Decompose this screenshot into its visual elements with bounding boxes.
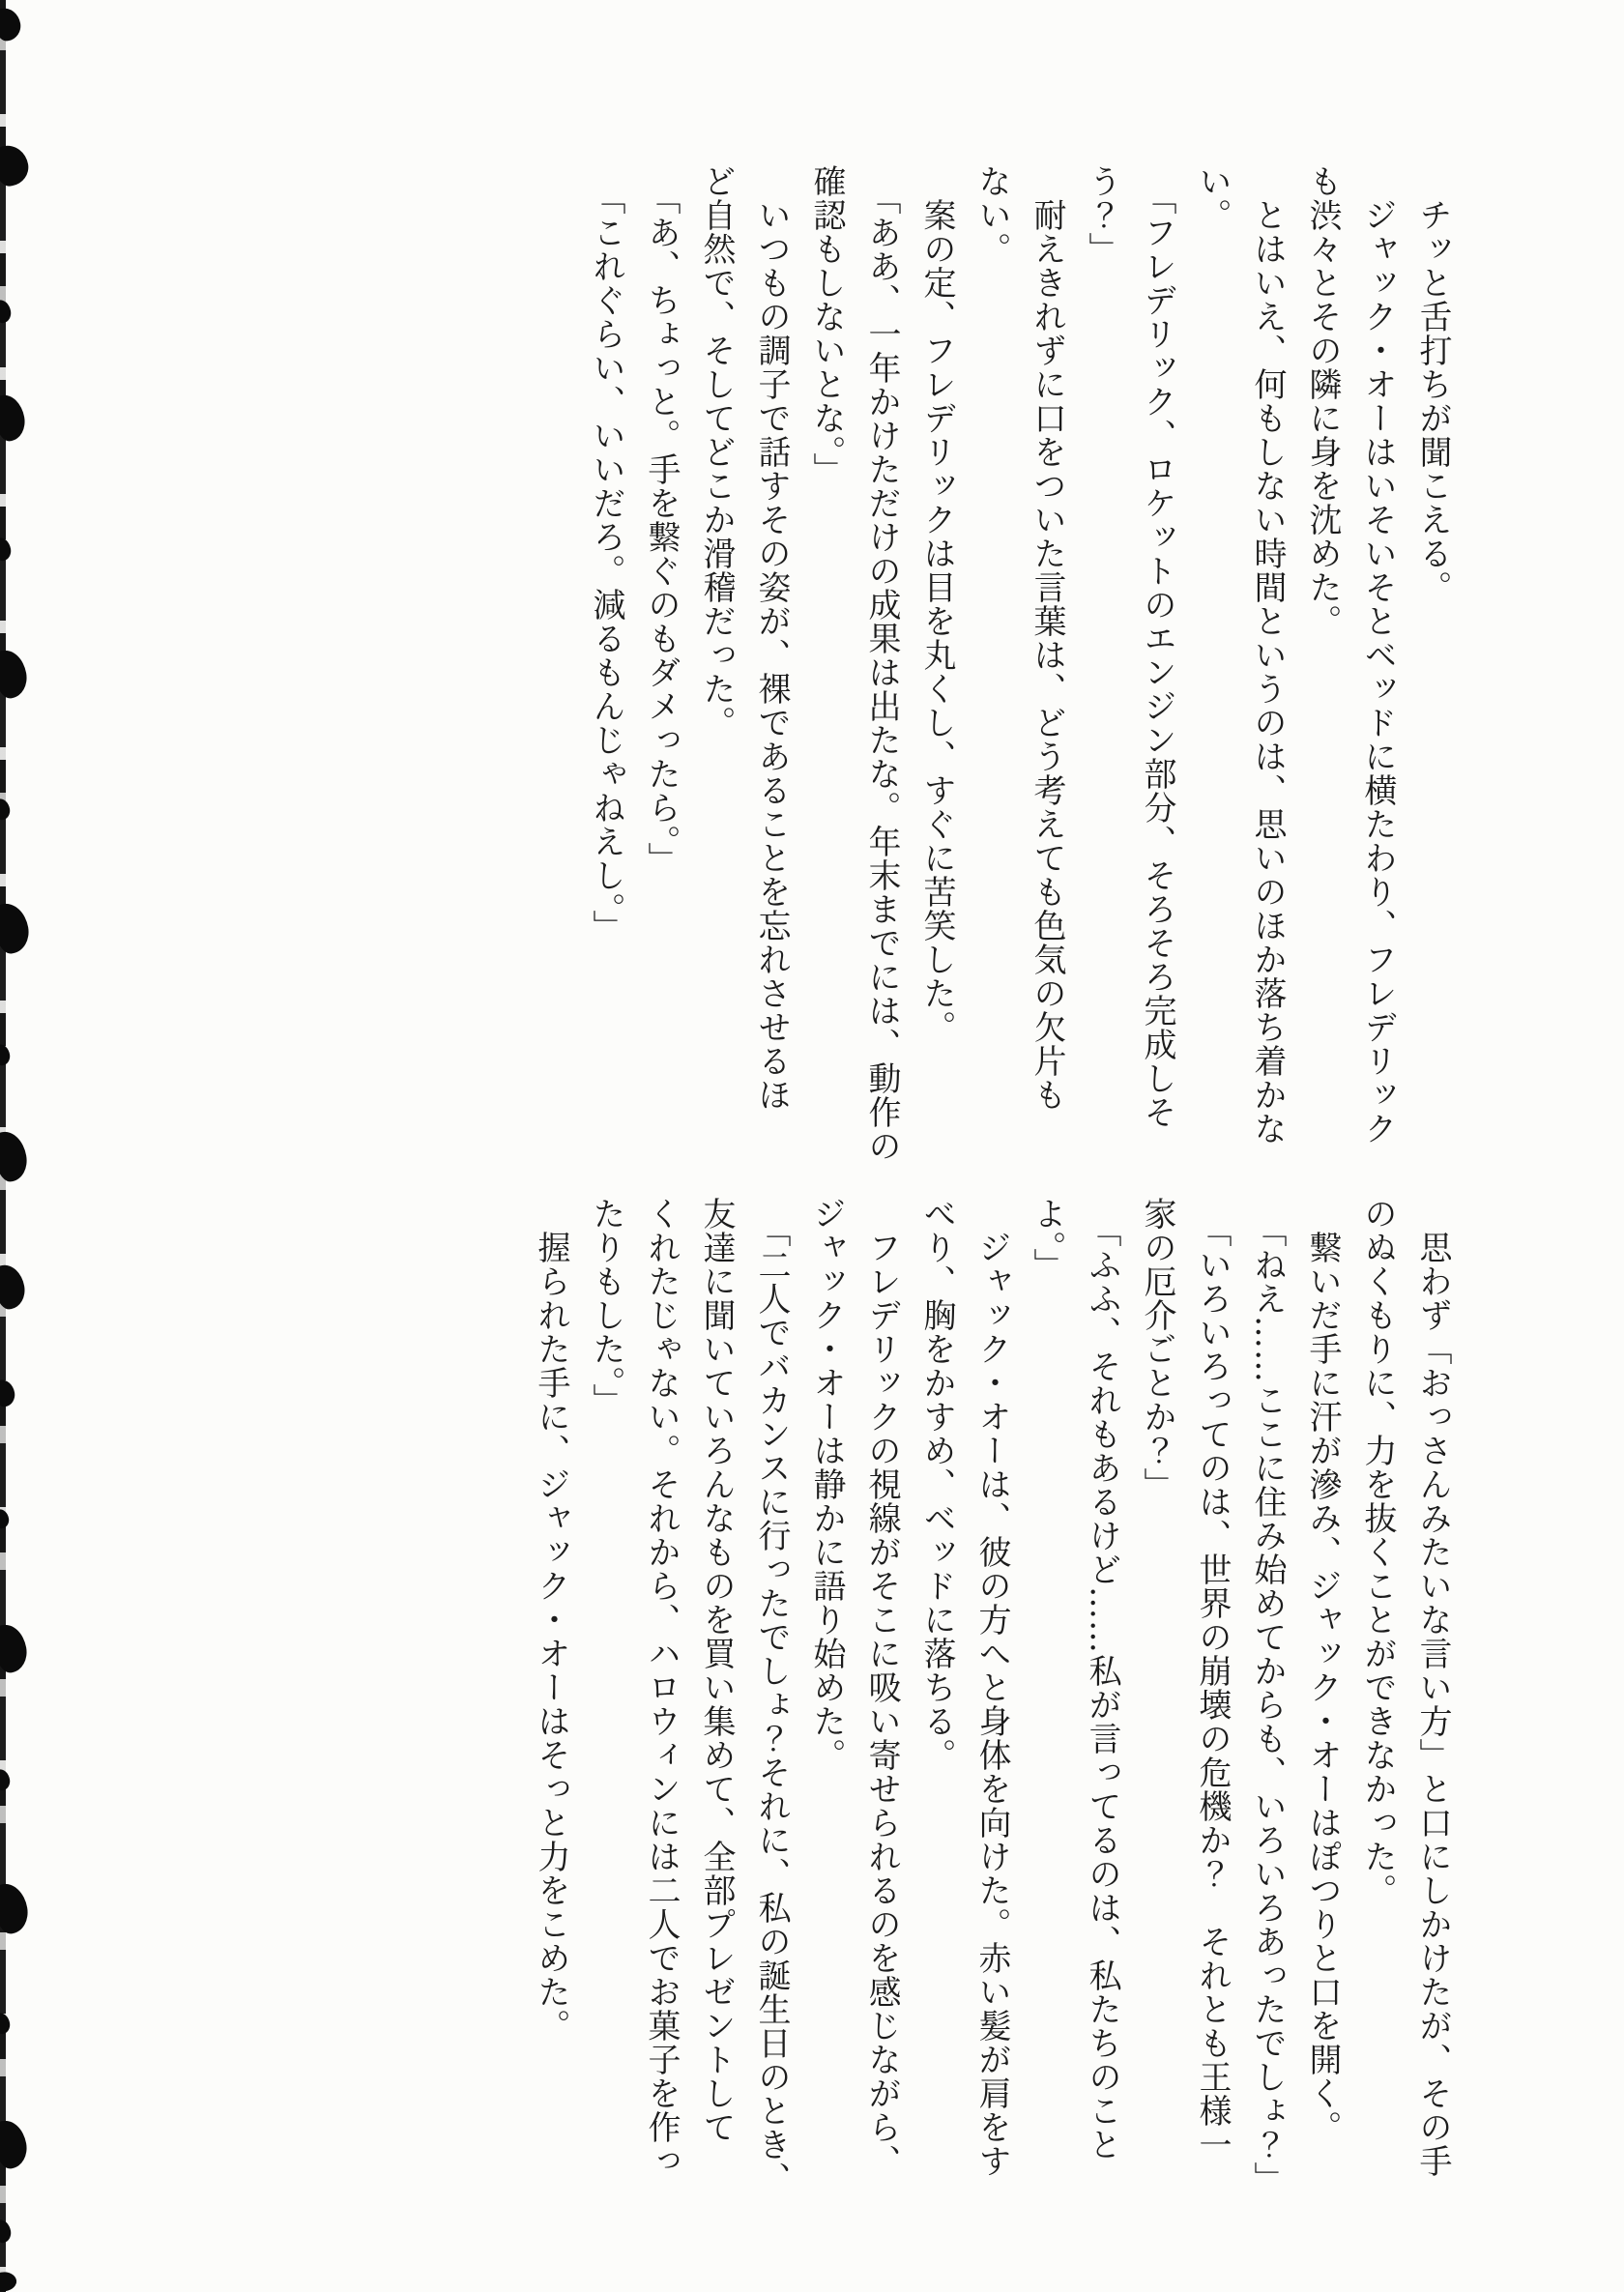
binding-mark (0, 1508, 11, 1529)
binding-mark (0, 798, 12, 821)
binding-mark (0, 648, 30, 701)
text-line: 友達に聞いていろんなものを買い集めて、全部プレゼントして (688, 1197, 743, 2202)
text-line: 家の厄介ごとか？」 (1129, 1197, 1184, 2202)
text-line: い。 (1184, 164, 1239, 1170)
text-line: ジャック・オーは、彼の方へと身体を向けた。赤い髪が肩をす (964, 1197, 1019, 2202)
binding-mark (0, 537, 13, 562)
text-line: いつもの調子で話すその姿が、裸であることを忘れさせるほ (743, 164, 798, 1170)
text-line: も渋々とその隣に身を沈めた。 (1294, 164, 1349, 1170)
text-line: くれたじゃない。それから、ハロウィンには二人でお菓子を作っ (633, 1197, 688, 2202)
binding-mark (0, 1622, 30, 1675)
text-line: べり、胸をかすめ、ベッドに落ちる。 (909, 1197, 964, 2202)
text-line: ジャック・オーはいそいそとベッドに横たわり、フレデリック (1349, 164, 1405, 1170)
text-block-bottom: 思わず「おっさんみたいな言い方」と口にしかけたが、その手 のぬくもりに、力を抜く… (523, 1197, 1460, 2202)
binding-mark (0, 2270, 18, 2292)
binding-mark (0, 392, 28, 443)
text-line: 思わず「おっさんみたいな言い方」と口にしかけたが、その手 (1405, 1197, 1460, 2202)
text-line: 握られた手に、ジャック・オーはそっと力をこめた。 (523, 1197, 578, 2202)
binding-mark (0, 1262, 28, 1312)
binding-mark (0, 1378, 16, 1407)
scanned-novel-page: チッと舌打ちが聞こえる。 ジャック・オーはいそいそとベッドに横たわり、フレデリッ… (0, 0, 1624, 2292)
text-block-top: チッと舌打ちが聞こえる。 ジャック・オーはいそいそとベッドに横たわり、フレデリッ… (578, 164, 1460, 1170)
binding-mark (0, 299, 13, 324)
text-line: 繋いだ手に汗が滲み、ジャック・オーはぽつりと口を開く。 (1294, 1197, 1349, 2202)
text-line: 「ああ、一年かけただけの成果は出たな。年末までには、動作の (854, 164, 909, 1170)
text-line: のぬくもりに、力を抜くことができなかった。 (1349, 1197, 1405, 2202)
text-line: よ。」 (1019, 1197, 1074, 2202)
binding-mark (0, 1881, 31, 1936)
text-line: 「あ、ちょっと。手を繋ぐのもダメったら。」 (633, 164, 688, 1170)
text-line: たりもした。」 (578, 1197, 633, 2202)
binding-mark (0, 2219, 13, 2244)
text-line: とはいえ、何もしない時間というのは、思いのほか落ち着かな (1239, 164, 1294, 1170)
book-spine (0, 0, 46, 2292)
text-line: 耐えきれずに口をついた言葉は、どう考えても色気の欠片も (1019, 164, 1074, 1170)
text-line: 案の定、フレデリックは目を丸くし、すぐに苦笑した。 (909, 164, 964, 1170)
text-line: ない。 (964, 164, 1019, 1170)
binding-mark (0, 2118, 30, 2171)
text-line: 「ふふ、それもあるけど……私が言ってるのは、私たちのこと (1074, 1197, 1129, 2202)
text-line: 確認もしないとな。」 (798, 164, 854, 1170)
text-line: 「ねえ……ここに住み始めてからも、いろいろあったでしょ？」 (1239, 1197, 1294, 2202)
binding-mark (0, 142, 31, 188)
text-line: フレデリックの視線がそこに吸い寄せられるのを感じながら、 (854, 1197, 909, 2202)
binding-mark (0, 1043, 12, 1066)
text-line: ジャック・オーは静かに語り始めた。 (798, 1197, 854, 2202)
binding-mark (0, 2012, 12, 2035)
text-line: 「二人でバカンスに行ったでしょ？それに、私の誕生日のとき、 (743, 1197, 798, 2202)
text-line: 「フレデリック、ロケットのエンジン部分、そろそろ完成しそ (1129, 164, 1184, 1170)
binding-mark (0, 6, 23, 43)
text-line: ど自然で、そしてどこか滑稽だった。 (688, 164, 743, 1170)
text-line: う？」 (1074, 164, 1129, 1170)
binding-mark (0, 1768, 12, 1791)
binding-mark (0, 900, 32, 955)
text-line: 「これぐらい、いいだろ。減るもんじゃねえし。」 (578, 164, 633, 1170)
text-line: 「いろいろってのは、世界の崩壊の危機か？ それとも王様一 (1184, 1197, 1239, 2202)
binding-mark (0, 1129, 30, 1184)
text-line: チッと舌打ちが聞こえる。 (1405, 164, 1460, 1170)
